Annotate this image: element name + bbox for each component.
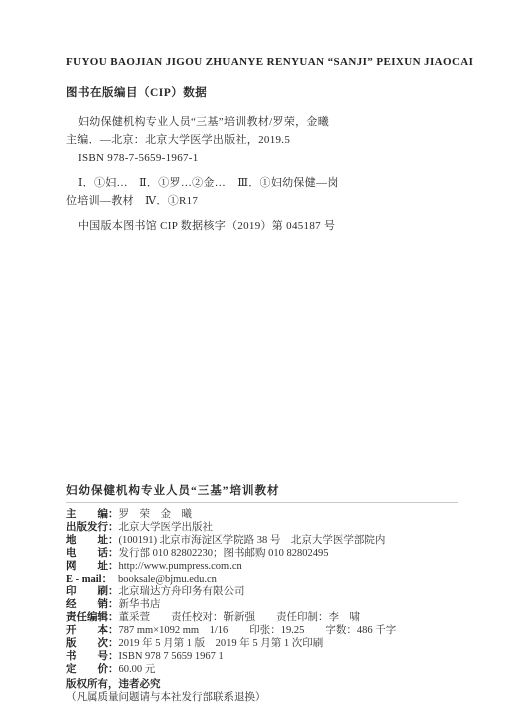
page-content: FUYOU BAOJIAN JIGOU ZHUANYE RENYUAN “SAN… <box>66 56 458 704</box>
cip-entry-line-2: 主编．—北京：北京大学医学出版社，2019.5 <box>66 131 458 149</box>
row-value: 罗 荣 金 曦 <box>119 509 193 520</box>
colophon-row-isbn: 书 号：ISBN 978 7 5659 1967 1 <box>66 651 458 664</box>
row-label: 开 本： <box>66 625 119 638</box>
cip-registry-number: 中国版本图书馆 CIP 数据核字（2019）第 045187 号 <box>66 217 458 235</box>
colophon-row-edition: 版 次：2019 年 5 月第 1 版 2019 年 5 月第 1 次印刷 <box>66 638 458 651</box>
row-value: 董采萱 责任校对：靳新强 责任印制：李 啸 <box>119 612 361 623</box>
row-value: booksale@bjmu.edu.cn <box>118 574 217 585</box>
row-label: 出版发行： <box>66 522 119 535</box>
row-value: (100191) 北京市海淀区学院路 38 号 北京大学医学部院内 <box>119 535 386 546</box>
colophon-row-email: E - mail：booksale@bjmu.edu.cn <box>66 574 458 587</box>
colophon-row-phone: 电 话：发行部 010 82802230；图书邮购 010 82802495 <box>66 548 458 561</box>
row-label: E - mail： <box>66 574 118 587</box>
row-label: 印 刷： <box>66 586 119 599</box>
row-label: 定 价： <box>66 664 119 677</box>
row-label: 电 话： <box>66 548 119 561</box>
row-label: 地 址： <box>66 535 119 548</box>
cip-block: 妇幼保健机构专业人员“三基”培训教材/罗荣，金曦 主编．—北京：北京大学医学出版… <box>66 113 458 235</box>
row-label: 主 编： <box>66 509 119 522</box>
colophon-row-distributor: 经 销：新华书店 <box>66 599 458 612</box>
row-value: 新华书店 <box>119 599 161 610</box>
row-value: 发行部 010 82802230；图书邮购 010 82802495 <box>119 548 329 559</box>
cip-heading: 图书在版编目（CIP）数据 <box>66 84 458 100</box>
pinyin-title: FUYOU BAOJIAN JIGOU ZHUANYE RENYUAN “SAN… <box>66 56 458 68</box>
colophon-row-editors: 责任编辑：董采萱 责任校对：靳新强 责任印制：李 啸 <box>66 612 458 625</box>
colophon-row-website: 网 址：http://www.pumpress.com.cn <box>66 561 458 574</box>
colophon-book-title: 妇幼保健机构专业人员“三基”培训教材 <box>66 482 458 498</box>
colophon-divider <box>66 502 458 503</box>
copyright-notice: 版权所有，违者必究 <box>66 678 458 691</box>
isbn-line: ISBN 978-7-5659-1967-1 <box>66 149 458 167</box>
row-value: ISBN 978 7 5659 1967 1 <box>119 651 224 662</box>
quality-note: （凡属质量问题请与本社发行部联系退换） <box>66 691 458 704</box>
colophon-row-format: 开 本：787 mm×1092 mm 1/16 印张：19.25 字数：486 … <box>66 625 458 638</box>
row-value: 60.00 元 <box>119 664 156 675</box>
colophon-row-chief-editor: 主 编：罗 荣 金 曦 <box>66 509 458 522</box>
row-value: 2019 年 5 月第 1 版 2019 年 5 月第 1 次印刷 <box>119 638 324 649</box>
copyright-page: FUYOU BAOJIAN JIGOU ZHUANYE RENYUAN “SAN… <box>0 0 520 724</box>
colophon-row-address: 地 址：(100191) 北京市海淀区学院路 38 号 北京大学医学部院内 <box>66 535 458 548</box>
row-label: 书 号： <box>66 651 119 664</box>
colophon-rows: 主 编：罗 荣 金 曦 出版发行：北京大学医学出版社 地 址：(100191) … <box>66 509 458 677</box>
colophon-row-printer: 印 刷：北京瑞达方舟印务有限公司 <box>66 586 458 599</box>
cip-entry-line-1: 妇幼保健机构专业人员“三基”培训教材/罗荣，金曦 <box>66 113 458 131</box>
cip-classification-line-2: 位培训—教材 Ⅳ．①R17 <box>66 192 458 210</box>
row-value: 787 mm×1092 mm 1/16 印张：19.25 字数：486 千字 <box>119 625 397 636</box>
colophon-block: 妇幼保健机构专业人员“三基”培训教材 主 编：罗 荣 金 曦 出版发行：北京大学… <box>66 482 458 704</box>
row-label: 网 址： <box>66 561 119 574</box>
row-value: http://www.pumpress.com.cn <box>119 561 242 572</box>
colophon-row-price: 定 价：60.00 元 <box>66 664 458 677</box>
row-label: 版 次： <box>66 638 119 651</box>
cip-classification-line-1: Ⅰ．①妇… Ⅱ．①罗…②金… Ⅲ．①妇幼保健—岗 <box>66 174 458 192</box>
colophon-row-publisher: 出版发行：北京大学医学出版社 <box>66 522 458 535</box>
row-label: 经 销： <box>66 599 119 612</box>
row-value: 北京大学医学出版社 <box>119 522 214 533</box>
row-value: 北京瑞达方舟印务有限公司 <box>119 586 245 597</box>
row-label: 责任编辑： <box>66 612 119 625</box>
